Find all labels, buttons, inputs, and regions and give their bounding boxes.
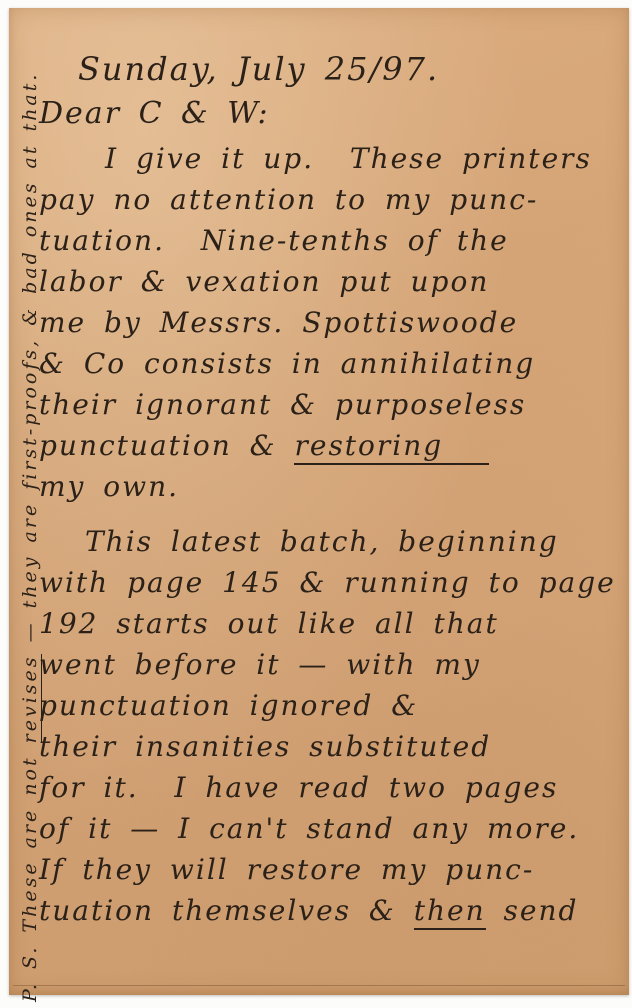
line-text: with page 145 & running to page xyxy=(39,566,616,599)
underlined-word: restoring xyxy=(294,429,489,465)
letter-line: punctuation & restoring xyxy=(39,425,623,466)
letter-line: my own. xyxy=(39,466,623,507)
margin-note-suffix: — they are first-proofs, & bad ones at t… xyxy=(19,72,41,655)
letter-line: If they will restore my punc- xyxy=(39,849,623,890)
underlined-word: then xyxy=(414,894,486,930)
letter-line: I give it up. These printers xyxy=(39,138,623,179)
letter-line: me by Messrs. Spottiswoode xyxy=(39,302,623,343)
letter-line: labor & vexation put upon xyxy=(39,261,623,302)
letter-line: tuation. Nine-tenths of the xyxy=(39,220,623,261)
letter-line: pay no attention to my punc- xyxy=(39,179,623,220)
line-text: went before it — with my xyxy=(39,648,481,681)
margin-note: P. S. These are not revises — they are f… xyxy=(19,72,41,1002)
line-text: my own. xyxy=(39,470,179,503)
line-text: send xyxy=(486,894,579,927)
salutation: Dear C & W: xyxy=(39,92,623,136)
margin-note-prefix: P. S. These are not xyxy=(19,743,41,1002)
letter-line: their ignorant & purposeless xyxy=(39,384,623,425)
letter-line: This latest batch, beginning xyxy=(39,521,623,562)
letter-line: 192 starts out like all that xyxy=(39,603,623,644)
letter-line: for it. I have read two pages xyxy=(39,767,623,808)
letter-line: with page 145 & running to page xyxy=(39,562,623,603)
scanned-page: Sunday, July 25/97. Dear C & W: I give i… xyxy=(0,0,632,1008)
line-text: I give it up. These printers xyxy=(105,142,592,175)
line-text: punctuation & xyxy=(39,429,294,462)
paper-edge-line xyxy=(13,985,625,986)
line-text: & Co consists in annihilating xyxy=(39,347,535,380)
letter-line: tuation themselves & then send xyxy=(39,890,623,931)
line-text: their insanities substituted xyxy=(39,730,491,763)
line-text: tuation themselves & xyxy=(39,894,414,927)
line-text: 192 starts out like all that xyxy=(39,607,499,640)
line-text: tuation. Nine-tenths of the xyxy=(39,224,509,257)
letter-line: punctuation ignored & xyxy=(39,685,623,726)
line-text: punctuation ignored & xyxy=(39,689,418,722)
dateline: Sunday, July 25/97. xyxy=(78,46,623,92)
line-text: of it — I can't stand any more. xyxy=(39,812,579,845)
line-text: This latest batch, beginning xyxy=(85,525,559,558)
line-text: their ignorant & purposeless xyxy=(39,388,526,421)
letter-line: their insanities substituted xyxy=(39,726,623,767)
letter-line: went before it — with my xyxy=(39,644,623,685)
paragraph: I give it up. These printerspay no atten… xyxy=(39,138,623,507)
letter-content: Sunday, July 25/97. Dear C & W: I give i… xyxy=(39,46,623,931)
margin-note-underlined-word: revises xyxy=(19,654,42,743)
letter-line: & Co consists in annihilating xyxy=(39,343,623,384)
line-text: labor & vexation put upon xyxy=(39,265,489,298)
line-text: pay no attention to my punc- xyxy=(39,183,538,216)
letter-paper: Sunday, July 25/97. Dear C & W: I give i… xyxy=(9,8,629,995)
line-text: for it. I have read two pages xyxy=(39,771,558,804)
line-text: me by Messrs. Spottiswoode xyxy=(39,306,518,339)
letter-line: of it — I can't stand any more. xyxy=(39,808,623,849)
paragraph: This latest batch, beginningwith page 14… xyxy=(39,521,623,931)
letter-body: I give it up. These printerspay no atten… xyxy=(39,138,623,931)
line-text: If they will restore my punc- xyxy=(39,853,534,886)
